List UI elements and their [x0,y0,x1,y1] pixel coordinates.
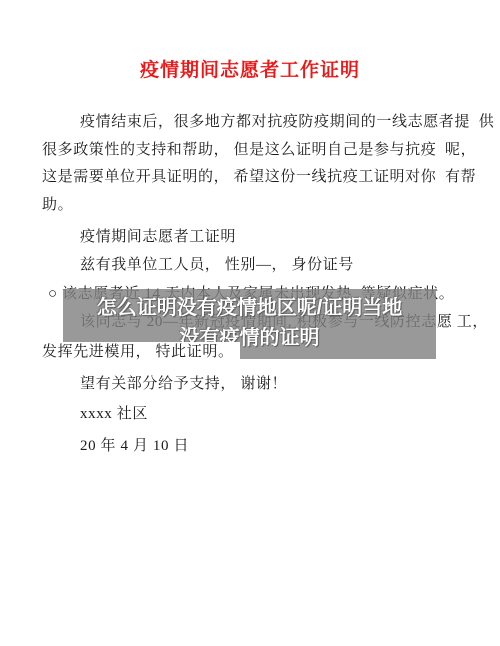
intro-paragraph-line-3: 这是需要单位开具证明的， 希望这份一线抗疫工证明对你 有帮 [42,167,478,187]
date-line: 20 年 4 月 10 日 [42,436,500,456]
certificate-subtitle-line: 疫情期间志愿者工证明 [42,227,500,247]
document-title: 疫情期间志愿者工作证明 [0,55,500,82]
intro-paragraph-line-2: 很多政策性的支持和帮助， 但是这么证明自己是参与抗疫 呢， [42,140,478,160]
signature-community-line: xxxx 社区 [42,404,500,424]
person-info-line: 兹有我单位工人员， 性别—， 身份证号 [42,255,500,275]
intro-paragraph-line-4: 助。 [42,195,478,215]
caption-text-line-1: 怎么证明没有疫情地区呢/证明当地 [63,294,436,322]
thanks-line: 望有关部分给予支持， 谢谢！ [42,374,500,394]
document-page: 疫情期间志愿者工作证明 疫情结束后，很多地方都对抗疫防疫期间的一线志愿者提 供 … [0,0,500,646]
conclusion-line: 发挥先进模用， 特此证明。 [42,342,240,362]
intro-paragraph-line-1: 疫情结束后，很多地方都对抗疫防疫期间的一线志愿者提 供 [42,112,500,132]
